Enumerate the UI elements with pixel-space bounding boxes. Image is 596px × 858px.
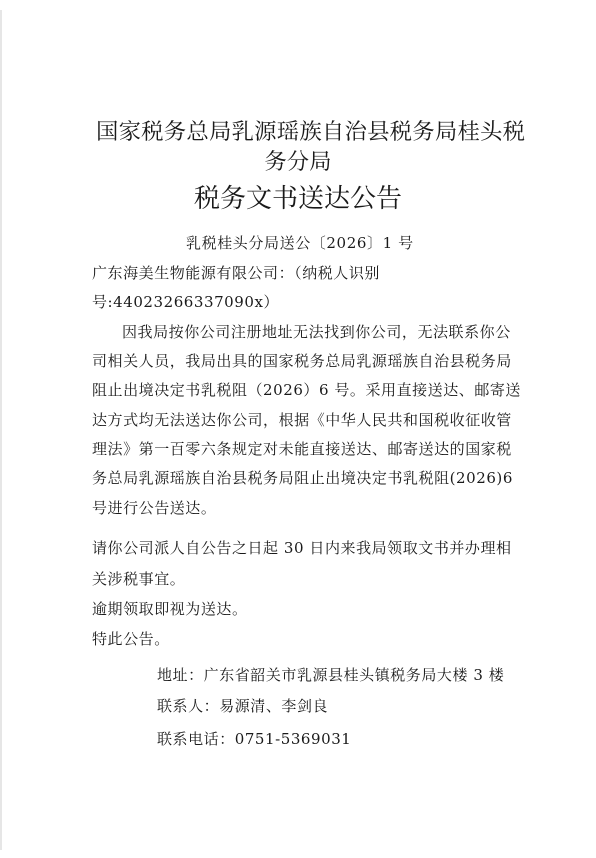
document-number: 乳税桂头分局送公〔2026〕1 号 [186,232,414,253]
body-line: 司相关人员，我局出具的国家税务总局乳源瑶族自治县税务局 [92,350,512,371]
body-line: 阻止出境决定书乳税阻（2026）6 号。采用直接送达、邮寄送 [92,379,521,400]
body-line: 因我局按你公司注册地址无法找到你公司，无法联系你公 [122,321,511,342]
contact-phone: 联系电话：0751-5369031 [157,728,351,749]
closing-remark: 特此公告。 [92,628,170,649]
document-title: 税务文书送达公告 [0,178,596,215]
recipient-line1: 广东海美生物能源有限公司：（纳税人识别 [92,262,380,283]
issuer-title-line2: 务分局 [0,144,596,176]
overdue-notice: 逾期领取即视为送达。 [92,598,248,619]
scan-edge-shadow [0,10,2,850]
contact-address: 地址：广东省韶关市乳源县桂头镇税务局大楼 3 楼 [157,664,504,685]
recipient-line2: 号:44023266337090x） [92,291,279,312]
body-line: 号进行公告送达。 [92,497,216,518]
body-line: 务总局乳源瑶族自治县税务局阻止出境决定书乳税阻(2026)6 [92,467,513,488]
issuer-title-line1: 国家税务总局乳源瑶族自治县税务局桂头税 [96,114,525,146]
body-line: 达方式均无法送达你公司，根据《中华人民共和国税收征收管 [92,409,512,430]
contact-persons: 联系人：易源清、李剑良 [157,695,328,716]
request-line2: 关涉税事宜。 [92,568,185,589]
body-line: 理法》第一百零六条规定对未能直接送达、邮寄送达的国家税 [92,438,512,459]
request-line1: 请你公司派人自公告之日起 30 日内来我局领取文书并办理相 [92,537,512,558]
